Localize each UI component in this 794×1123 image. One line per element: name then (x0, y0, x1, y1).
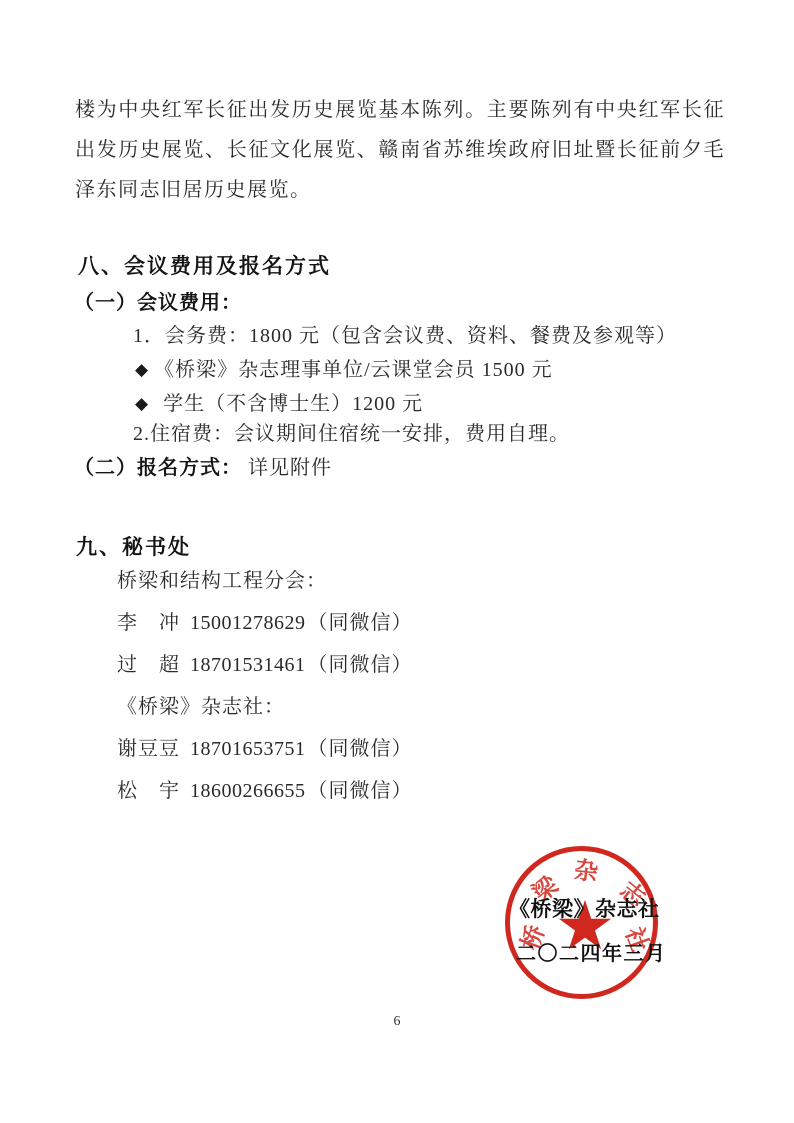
contact-note: （同微信） (308, 738, 413, 760)
signup-value: 详见附件 (248, 457, 332, 479)
contact-row: 过 超18701531461（同微信） (117, 648, 413, 669)
contact-note: （同微信） (308, 780, 413, 802)
diamond-bullet-icon: ◆ (135, 394, 149, 413)
fee-bullet-student-text: 学生（不含博士生）1200 元 (163, 393, 423, 415)
section-secretariat-heading: 九、秘书处 (76, 531, 191, 561)
contact-phone: 18600266655 (190, 780, 306, 802)
contact-row: 松 宇18600266655（同微信） (117, 774, 413, 795)
diamond-bullet-icon: ◆ (135, 360, 149, 379)
seal-signature-text: 《桥梁》杂志社 (509, 893, 660, 923)
contact-phone: 15001278629 (190, 612, 306, 634)
fee-item-conference: 1．会务费：1800 元（包含会议费、资料、餐费及参观等） (133, 319, 677, 348)
fee-bullet-student: ◆学生（不含博士生）1200 元 (135, 387, 423, 416)
contact-row: 谢豆豆18701653751（同微信） (117, 732, 413, 753)
fee-item-lodging: 2.住宿费：会议期间住宿统一安排，费用自理。 (133, 417, 570, 446)
seal-date-text: 二〇二四年三月 (516, 937, 667, 966)
contact-phone: 18701653751 (190, 738, 306, 760)
fee-bullet-member-text: 《桥梁》杂志理事单位/云课堂会员 1500 元 (154, 359, 553, 381)
contact-row: 李 冲15001278629（同微信） (117, 606, 413, 627)
contact-name: 松 宇 (117, 780, 180, 802)
contact-name: 过 超 (117, 654, 180, 676)
signup-row: （二）报名方式：详见附件 (74, 451, 332, 480)
signup-label: （二）报名方式： (74, 457, 242, 479)
section-fees-heading: 八、会议费用及报名方式 (78, 250, 331, 280)
page-number: 6 (0, 1014, 794, 1030)
contact-group-label: 桥梁和结构工程分会： (117, 564, 413, 585)
contact-name: 谢豆豆 (117, 738, 180, 760)
contact-group-label: 《桥梁》杂志社： (117, 690, 413, 711)
fee-bullet-member: ◆《桥梁》杂志理事单位/云课堂会员 1500 元 (135, 353, 553, 382)
contact-name: 李 冲 (117, 612, 180, 634)
contact-note: （同微信） (308, 654, 413, 676)
secretariat-contacts: 桥梁和结构工程分会： 李 冲15001278629（同微信） 过 超187015… (117, 564, 413, 816)
intro-paragraph: 楼为中央红军长征出发历史展览基本陈列。主要陈列有中央红军长征出发历史展览、长征文… (75, 90, 725, 210)
document-page: 楼为中央红军长征出发历史展览基本陈列。主要陈列有中央红军长征出发历史展览、长征文… (0, 0, 794, 1123)
contact-note: （同微信） (308, 612, 413, 634)
fees-sublabel: （一）会议费用： (74, 286, 242, 315)
seal-ring-char: 杂 (572, 858, 601, 887)
contact-phone: 18701531461 (190, 654, 306, 676)
